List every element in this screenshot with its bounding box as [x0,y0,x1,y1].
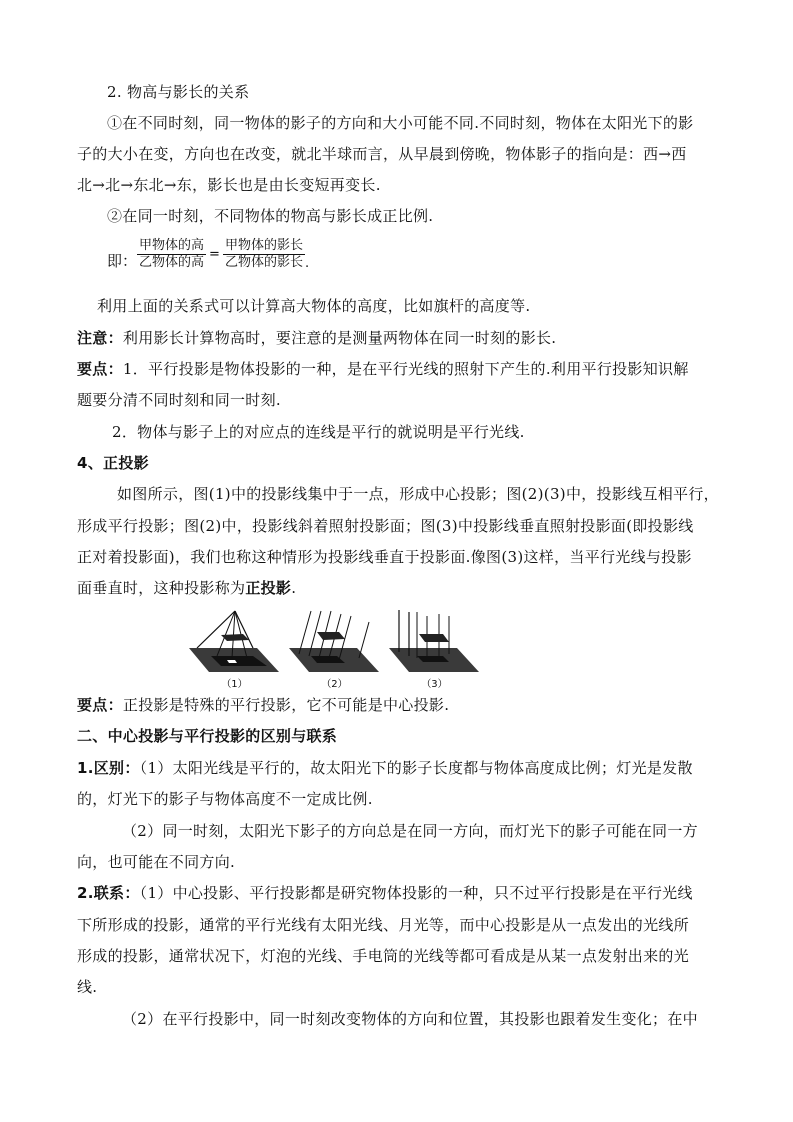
paragraph-line: 子的大小在变，方向也在改变，就北半球而言，从早晨到傍晚，物体影子的指向是：西→西 [77,144,687,164]
text-span: （1）太阳光线是平行的，故太阳光下的影子长度都与物体高度成比例；灯光是发散 [140,759,693,777]
paragraph-line: 向，也可能在不同方向. [77,852,235,872]
paragraph-line: 下所形成的投影，通常的平行光线有太阳光线、月光等，而中心投影是从一点发出的光线所 [77,915,689,935]
paragraph-line: 正对着投影面)，我们也称这种情形为投影线垂直于投影面.像图(3)这样，当平行光线… [77,547,692,567]
section-heading-difference-relation: 二、中心投影与平行投影的区别与联系 [77,726,337,746]
equals-sign: = [209,247,220,262]
fraction-left: 甲物体的高 乙物体的高 [137,238,206,271]
paragraph-line: 利用上面的关系式可以计算高大物体的高度，比如旗杆的高度等. [97,296,530,316]
key-point-label: 要点： [77,696,123,714]
paragraph-line: 北→北→东北→东，影长也是由长变短再变长. [77,175,381,195]
fraction-right: 甲物体的影长 乙物体的影长 [223,238,305,271]
bold-term: 正投影 [245,579,291,597]
formula-suffix: . [305,256,309,271]
figure-caption: （3） [387,675,482,690]
note-line: 注意：利用影长计算物高时，要注意的是测量两物体在同一时刻的影长. [77,328,556,348]
ratio-formula: 即： 甲物体的高 乙物体的高 = 甲物体的影长 乙物体的影长 . [107,238,309,271]
paragraph-line: 形成的投影，通常状况下，灯泡的光线、手电筒的光线等都可看成是从某一点发射出来的光 [77,946,689,966]
fraction-numerator: 甲物体的影长 [223,238,305,255]
paragraph-line: （2）在平行投影中，同一时刻改变物体的方向和位置，其投影也跟着发生变化；在中 [122,1009,698,1029]
central-projection-diagram [187,608,282,674]
fraction-numerator: 甲物体的高 [137,238,206,255]
paragraph-line: 1.区别：（1）太阳光线是平行的，故太阳光下的影子长度都与物体高度成比例；灯光是… [77,758,693,778]
section-heading-orthographic: 4、正投影 [77,453,149,473]
figure-caption: （2） [287,675,382,690]
fraction-denominator: 乙物体的高 [137,255,206,271]
section-heading-height-shadow: 2. 物高与影长的关系 [107,82,249,102]
text-span: （1）中心投影、平行投影都是研究物体投影的一种，只不过平行投影是在平行光线 [140,884,693,902]
key-point-text: 1．平行投影是物体投影的一种，是在平行光线的照射下产生的.利用平行投影知识解 [123,360,689,378]
oblique-projection-diagram [287,608,382,674]
text-span: . [291,579,296,597]
paragraph-line: 面垂直时，这种投影称为正投影. [77,578,296,598]
paragraph-line: 如图所示，图(1)中的投影线集中于一点，形成中心投影；图(2)(3)中，投影线互… [117,484,719,504]
figure-caption: （1） [187,675,282,690]
key-point-line: 题要分清不同时刻和同一时刻. [77,390,281,410]
orthographic-projection-diagram [387,608,482,674]
paragraph-line: 形成平行投影；图(2)中，投影线斜着照射投影面；图(3)中投影线垂直照射投影面(… [77,516,694,536]
key-point-text: 正投影是特殊的平行投影，它不可能是中心投影. [123,696,449,714]
difference-label: 1.区别： [77,759,140,777]
relation-label: 2.联系： [77,884,140,902]
key-point-line: 2．物体与影子上的对应点的连线是平行的就说明是平行光线. [112,422,525,442]
formula-prefix: 即： [107,250,137,271]
note-text: 利用影长计算物高时，要注意的是测量两物体在同一时刻的影长. [123,329,556,347]
key-point-line: 要点：正投影是特殊的平行投影，它不可能是中心投影. [77,695,449,715]
paragraph-line: ①在不同时刻，同一物体的影子的方向和大小可能不同.不同时刻，物体在太阳光下的影 [107,113,693,133]
text-span: 面垂直时，这种投影称为 [77,579,245,597]
paragraph-line: ②在同一时刻，不同物体的物高与影长成正比例. [107,206,433,226]
fraction-denominator: 乙物体的影长 [223,255,305,271]
projection-figure: （1） （2） （3） [187,608,483,690]
key-point-label: 要点： [77,360,123,378]
note-label: 注意： [77,329,123,347]
paragraph-line: 的，灯光下的影子与物体高度不一定成比例. [77,789,373,809]
paragraph-line: （2）同一时刻，太阳光下影子的方向总是在同一方向，而灯光下的影子可能在同一方 [122,821,698,841]
paragraph-line: 2.联系：（1）中心投影、平行投影都是研究物体投影的一种，只不过平行投影是在平行… [77,883,693,903]
key-point-line: 要点：1．平行投影是物体投影的一种，是在平行光线的照射下产生的.利用平行投影知识… [77,359,689,379]
paragraph-line: 线. [77,977,97,997]
